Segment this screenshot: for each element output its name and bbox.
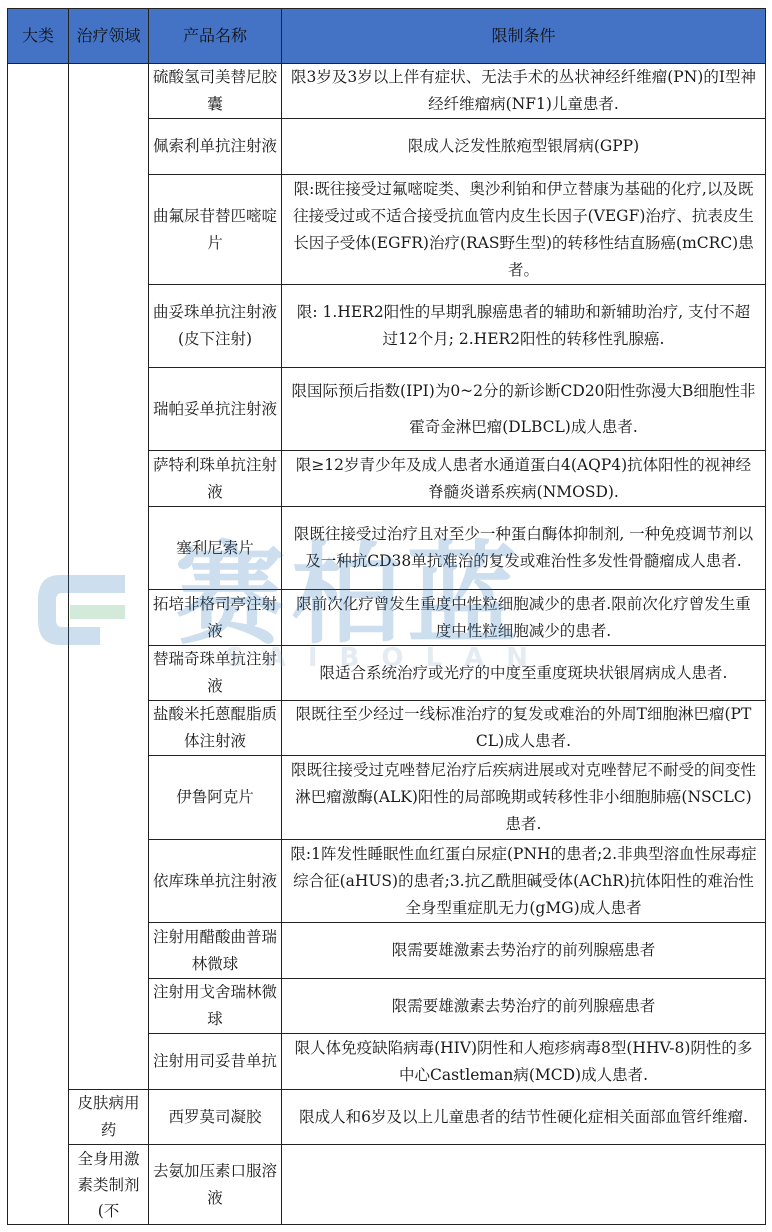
restriction-cell: 限: 1.HER2阳性的早期乳腺癌患者的辅助和新辅助治疗, 支付不超过12个月;… xyxy=(282,285,766,368)
table-row: 硫酸氢司美替尼胶囊 限3岁及3岁以上伴有症状、无法手术的丛状神经纤维瘤(PN)的… xyxy=(8,64,766,119)
restriction-cell: 限成人和6岁及以上儿童患者的结节性硬化症相关面部血管纤维瘤. xyxy=(282,1090,766,1145)
drug-restriction-table: 大类 治疗领域 产品名称 限制条件 硫酸氢司美替尼胶囊 限3岁及3岁以上伴有症状… xyxy=(7,8,766,1225)
product-name-cell: 塞利尼索片 xyxy=(149,507,282,590)
header-product-name: 产品名称 xyxy=(149,9,282,64)
product-name-cell: 曲妥珠单抗注射液(皮下注射) xyxy=(149,285,282,368)
restriction-cell: 限既往至少经过一线标准治疗的复发或难治的外周T细胞淋巴瘤(PTCL)成人患者. xyxy=(282,701,766,756)
header-category: 大类 xyxy=(8,9,69,64)
therapeutic-area-cell: 皮肤病用药 xyxy=(69,1090,149,1145)
table-row: 皮肤病用药 西罗莫司凝胶 限成人和6岁及以上儿童患者的结节性硬化症相关面部血管纤… xyxy=(8,1090,766,1145)
product-name-cell: 西罗莫司凝胶 xyxy=(149,1090,282,1145)
restriction-cell: 限既往接受过克唑替尼治疗后疾病进展或对克唑替尼不耐受的间变性淋巴瘤激酶(ALK)… xyxy=(282,756,766,840)
restriction-cell: 限:1阵发性睡眠性血红蛋白尿症(PNH的患者;2.非典型溶血性尿毒症综合征(aH… xyxy=(282,840,766,923)
therapeutic-area-cell xyxy=(69,64,149,1090)
restriction-cell: 限人体免疫缺陷病毒(HIV)阴性和人疱疹病毒8型(HHV-8)阴性的多中心Cas… xyxy=(282,1034,766,1090)
product-name-cell: 注射用醋酸曲普瑞林微球 xyxy=(149,923,282,979)
product-name-cell: 拓培非格司亭注射液 xyxy=(149,590,282,646)
category-cell xyxy=(8,64,69,1225)
product-name-cell: 萨特利珠单抗注射液 xyxy=(149,451,282,507)
table-header-row: 大类 治疗领域 产品名称 限制条件 xyxy=(8,9,766,64)
restriction-cell xyxy=(282,1145,766,1225)
restriction-cell: 限3岁及3岁以上伴有症状、无法手术的丛状神经纤维瘤(PN)的I型神经纤维瘤病(N… xyxy=(282,64,766,119)
header-restriction: 限制条件 xyxy=(282,9,766,64)
product-name-cell: 伊鲁阿克片 xyxy=(149,756,282,840)
product-name-cell: 曲氟尿苷替匹嘧啶片 xyxy=(149,175,282,285)
restriction-cell: 限需要雄激素去势治疗的前列腺癌患者 xyxy=(282,923,766,979)
product-name-cell: 硫酸氢司美替尼胶囊 xyxy=(149,64,282,119)
product-name-cell: 注射用司妥昔单抗 xyxy=(149,1034,282,1090)
restriction-cell: 限国际预后指数(IPI)为0~2分的新诊断CD20阳性弥漫大B细胞性非霍奇金淋巴… xyxy=(282,368,766,451)
product-name-cell: 佩索利单抗注射液 xyxy=(149,119,282,175)
product-name-cell: 依库珠单抗注射液 xyxy=(149,840,282,923)
restriction-cell: 限适合系统治疗或光疗的中度至重度斑块状银屑病成人患者. xyxy=(282,646,766,701)
table-row: 全身用激素类制剂(不 去氨加压素口服溶液 xyxy=(8,1145,766,1225)
restriction-cell: 限成人泛发性脓疱型银屑病(GPP) xyxy=(282,119,766,175)
restriction-cell: 限≥12岁青少年及成人患者水通道蛋白4(AQP4)抗体阳性的视神经脊髓炎谱系疾病… xyxy=(282,451,766,507)
restriction-cell: 限需要雄激素去势治疗的前列腺癌患者 xyxy=(282,979,766,1034)
product-name-cell: 瑞帕妥单抗注射液 xyxy=(149,368,282,451)
product-name-cell: 去氨加压素口服溶液 xyxy=(149,1145,282,1225)
therapeutic-area-cell: 全身用激素类制剂(不 xyxy=(69,1145,149,1225)
restriction-cell: 限既往接受过治疗且对至少一种蛋白酶体抑制剂, 一种免疫调节剂以及一种抗CD38单… xyxy=(282,507,766,590)
product-name-cell: 注射用戈舍瑞林微球 xyxy=(149,979,282,1034)
product-name-cell: 替瑞奇珠单抗注射液 xyxy=(149,646,282,701)
restriction-cell: 限前次化疗曾发生重度中性粒细胞减少的患者.限前次化疗曾发生重度中性粒细胞减少的患… xyxy=(282,590,766,646)
header-therapeutic-area: 治疗领域 xyxy=(69,9,149,64)
restriction-cell: 限:既往接受过氟嘧啶类、奥沙利铂和伊立替康为基础的化疗,以及既往接受过或不适合接… xyxy=(282,175,766,285)
product-name-cell: 盐酸米托蒽醌脂质体注射液 xyxy=(149,701,282,756)
